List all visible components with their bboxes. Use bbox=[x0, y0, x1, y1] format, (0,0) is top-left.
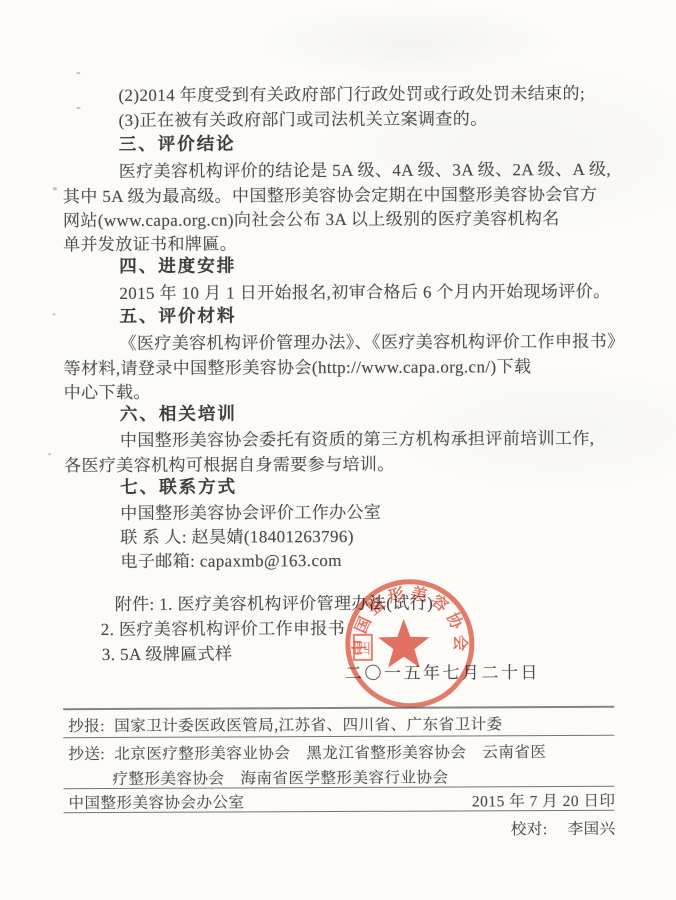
attachment-line-2: 2. 医疗美容机构评价工作申报书 bbox=[101, 614, 346, 640]
proofreader-label: 校对: bbox=[511, 817, 548, 839]
section-heading-6: 六、相关培训 bbox=[120, 400, 237, 426]
cc-report-label: 抄报: bbox=[68, 714, 105, 736]
section-heading-7: 七、联系方式 bbox=[120, 473, 237, 499]
cc-send-value-line1: 北京医疗整形美容业协会 黑龙江省整形美容协会 云南省医 bbox=[114, 740, 546, 764]
cc-send-value-line2: 疗整形美容协会 海南省医学整形美容行业协会 bbox=[112, 766, 448, 789]
attachment-line-3: 3. 5A 级牌匾式样 bbox=[102, 639, 233, 665]
body-line: 中心下载。 bbox=[64, 378, 151, 403]
scan-speck bbox=[52, 313, 55, 315]
contact-email-line: 电子邮箱: capaxmb@163.com bbox=[120, 546, 342, 572]
section-heading-3: 三、评价结论 bbox=[119, 130, 236, 156]
cc-send-label: 抄送: bbox=[68, 742, 105, 764]
body-line: 网站(www.capa.org.cn)向社会公布 3A 以上级别的医疗美容机构名 bbox=[63, 204, 560, 231]
scan-speck bbox=[76, 72, 80, 74]
scan-speck bbox=[48, 453, 51, 455]
seal-star-icon bbox=[378, 619, 430, 668]
body-line: 等材料,请登录中国整形美容协会(http://www.capa.org.cn/)… bbox=[64, 352, 532, 379]
proofreader-name: 李国兴 bbox=[568, 817, 616, 839]
cc-report-value: 国家卫计委医政医管局,江苏省、四川省、广东省卫计委 bbox=[114, 712, 502, 736]
body-line: 单并发放证书和牌匾。 bbox=[63, 229, 237, 255]
body-line: 中国整形美容协会委托有资质的第三方机构承担评前培训工作, bbox=[120, 424, 595, 451]
body-line: (2)2014 年度受到有关政府部门行政处罚或行政处罚未结束的; bbox=[118, 79, 585, 106]
body-line: 中国整形美容协会评价工作办公室 bbox=[120, 498, 381, 524]
body-line: 2015 年 10 月 1 日开始报名,初审合格后 6 个月内开始现场评价。 bbox=[119, 277, 610, 304]
print-date: 2015 年 7 月 20 日印 bbox=[472, 789, 616, 812]
contact-person-line: 联 系 人: 赵昊婧(18401263796) bbox=[120, 522, 354, 548]
section-heading-4: 四、进度安排 bbox=[119, 252, 236, 278]
document-content: (2)2014 年度受到有关政府部门行政处罚或行政处罚未结束的; (3)正在被有… bbox=[0, 0, 676, 900]
body-line: 其中 5A 级为最高级。中国整形美容协会定期在中国整形美容协会官方 bbox=[63, 180, 598, 207]
issuing-office: 中国整形美容协会办公室 bbox=[68, 790, 244, 813]
scan-speck bbox=[77, 107, 81, 109]
body-line: (3)正在被有关政府部门或司法机关立案调查的。 bbox=[118, 104, 487, 131]
section-heading-5: 五、评价材料 bbox=[119, 302, 236, 328]
body-line: 医疗美容机构评价的结论是 5A 级、4A 级、3A 级、2A 级、A 级, bbox=[119, 155, 611, 182]
official-seal: 中国整形美容协会 四 bbox=[338, 573, 487, 722]
scanned-document-page: (2)2014 年度受到有关政府部门行政处罚或行政处罚未结束的; (3)正在被有… bbox=[0, 0, 676, 900]
seal-code-char: 四 bbox=[356, 641, 371, 658]
body-line: 各医疗美容机构可根据自身需要参与培训。 bbox=[64, 450, 395, 476]
scan-speck bbox=[53, 187, 57, 190]
body-line: 《医疗美容机构评价管理办法》、《医疗美容机构评价工作申报书》 bbox=[119, 327, 624, 354]
